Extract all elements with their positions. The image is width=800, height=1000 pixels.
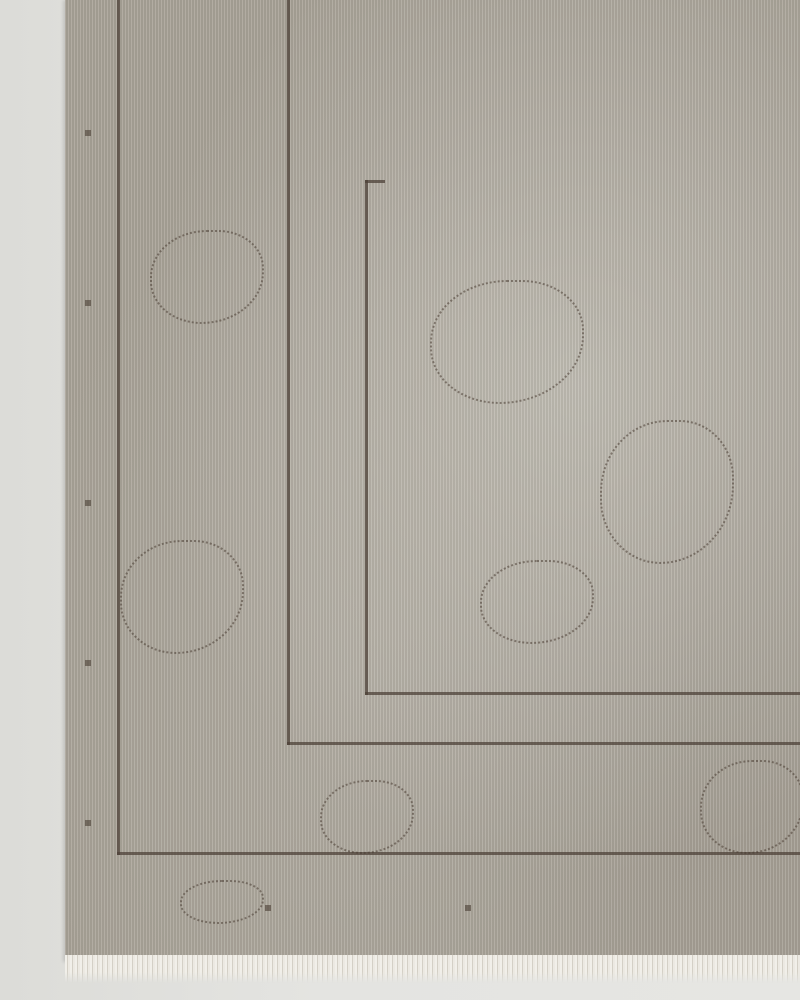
border-dot (85, 500, 91, 506)
rug (65, 0, 800, 962)
floral-motif (120, 540, 244, 654)
border-dot (85, 660, 91, 666)
floral-motif (600, 420, 734, 564)
floral-motif (480, 560, 594, 644)
outer-border-vertical (117, 0, 120, 855)
border-dot (85, 300, 91, 306)
field-border-top (365, 180, 385, 183)
floral-motif (180, 880, 264, 924)
floral-motif (320, 780, 414, 854)
border-dot (85, 130, 91, 136)
inner-border-vertical (287, 0, 290, 745)
border-dot (265, 905, 271, 911)
border-dot (465, 905, 471, 911)
outer-border-horizontal (117, 852, 800, 855)
floral-motif (150, 230, 264, 324)
rug-fringe (65, 955, 800, 983)
field-border-vertical (365, 180, 368, 695)
border-dot (85, 820, 91, 826)
field-border-horizontal (365, 692, 800, 695)
floral-motif (700, 760, 800, 854)
floral-motif (430, 280, 584, 404)
inner-border-horizontal (287, 742, 800, 745)
